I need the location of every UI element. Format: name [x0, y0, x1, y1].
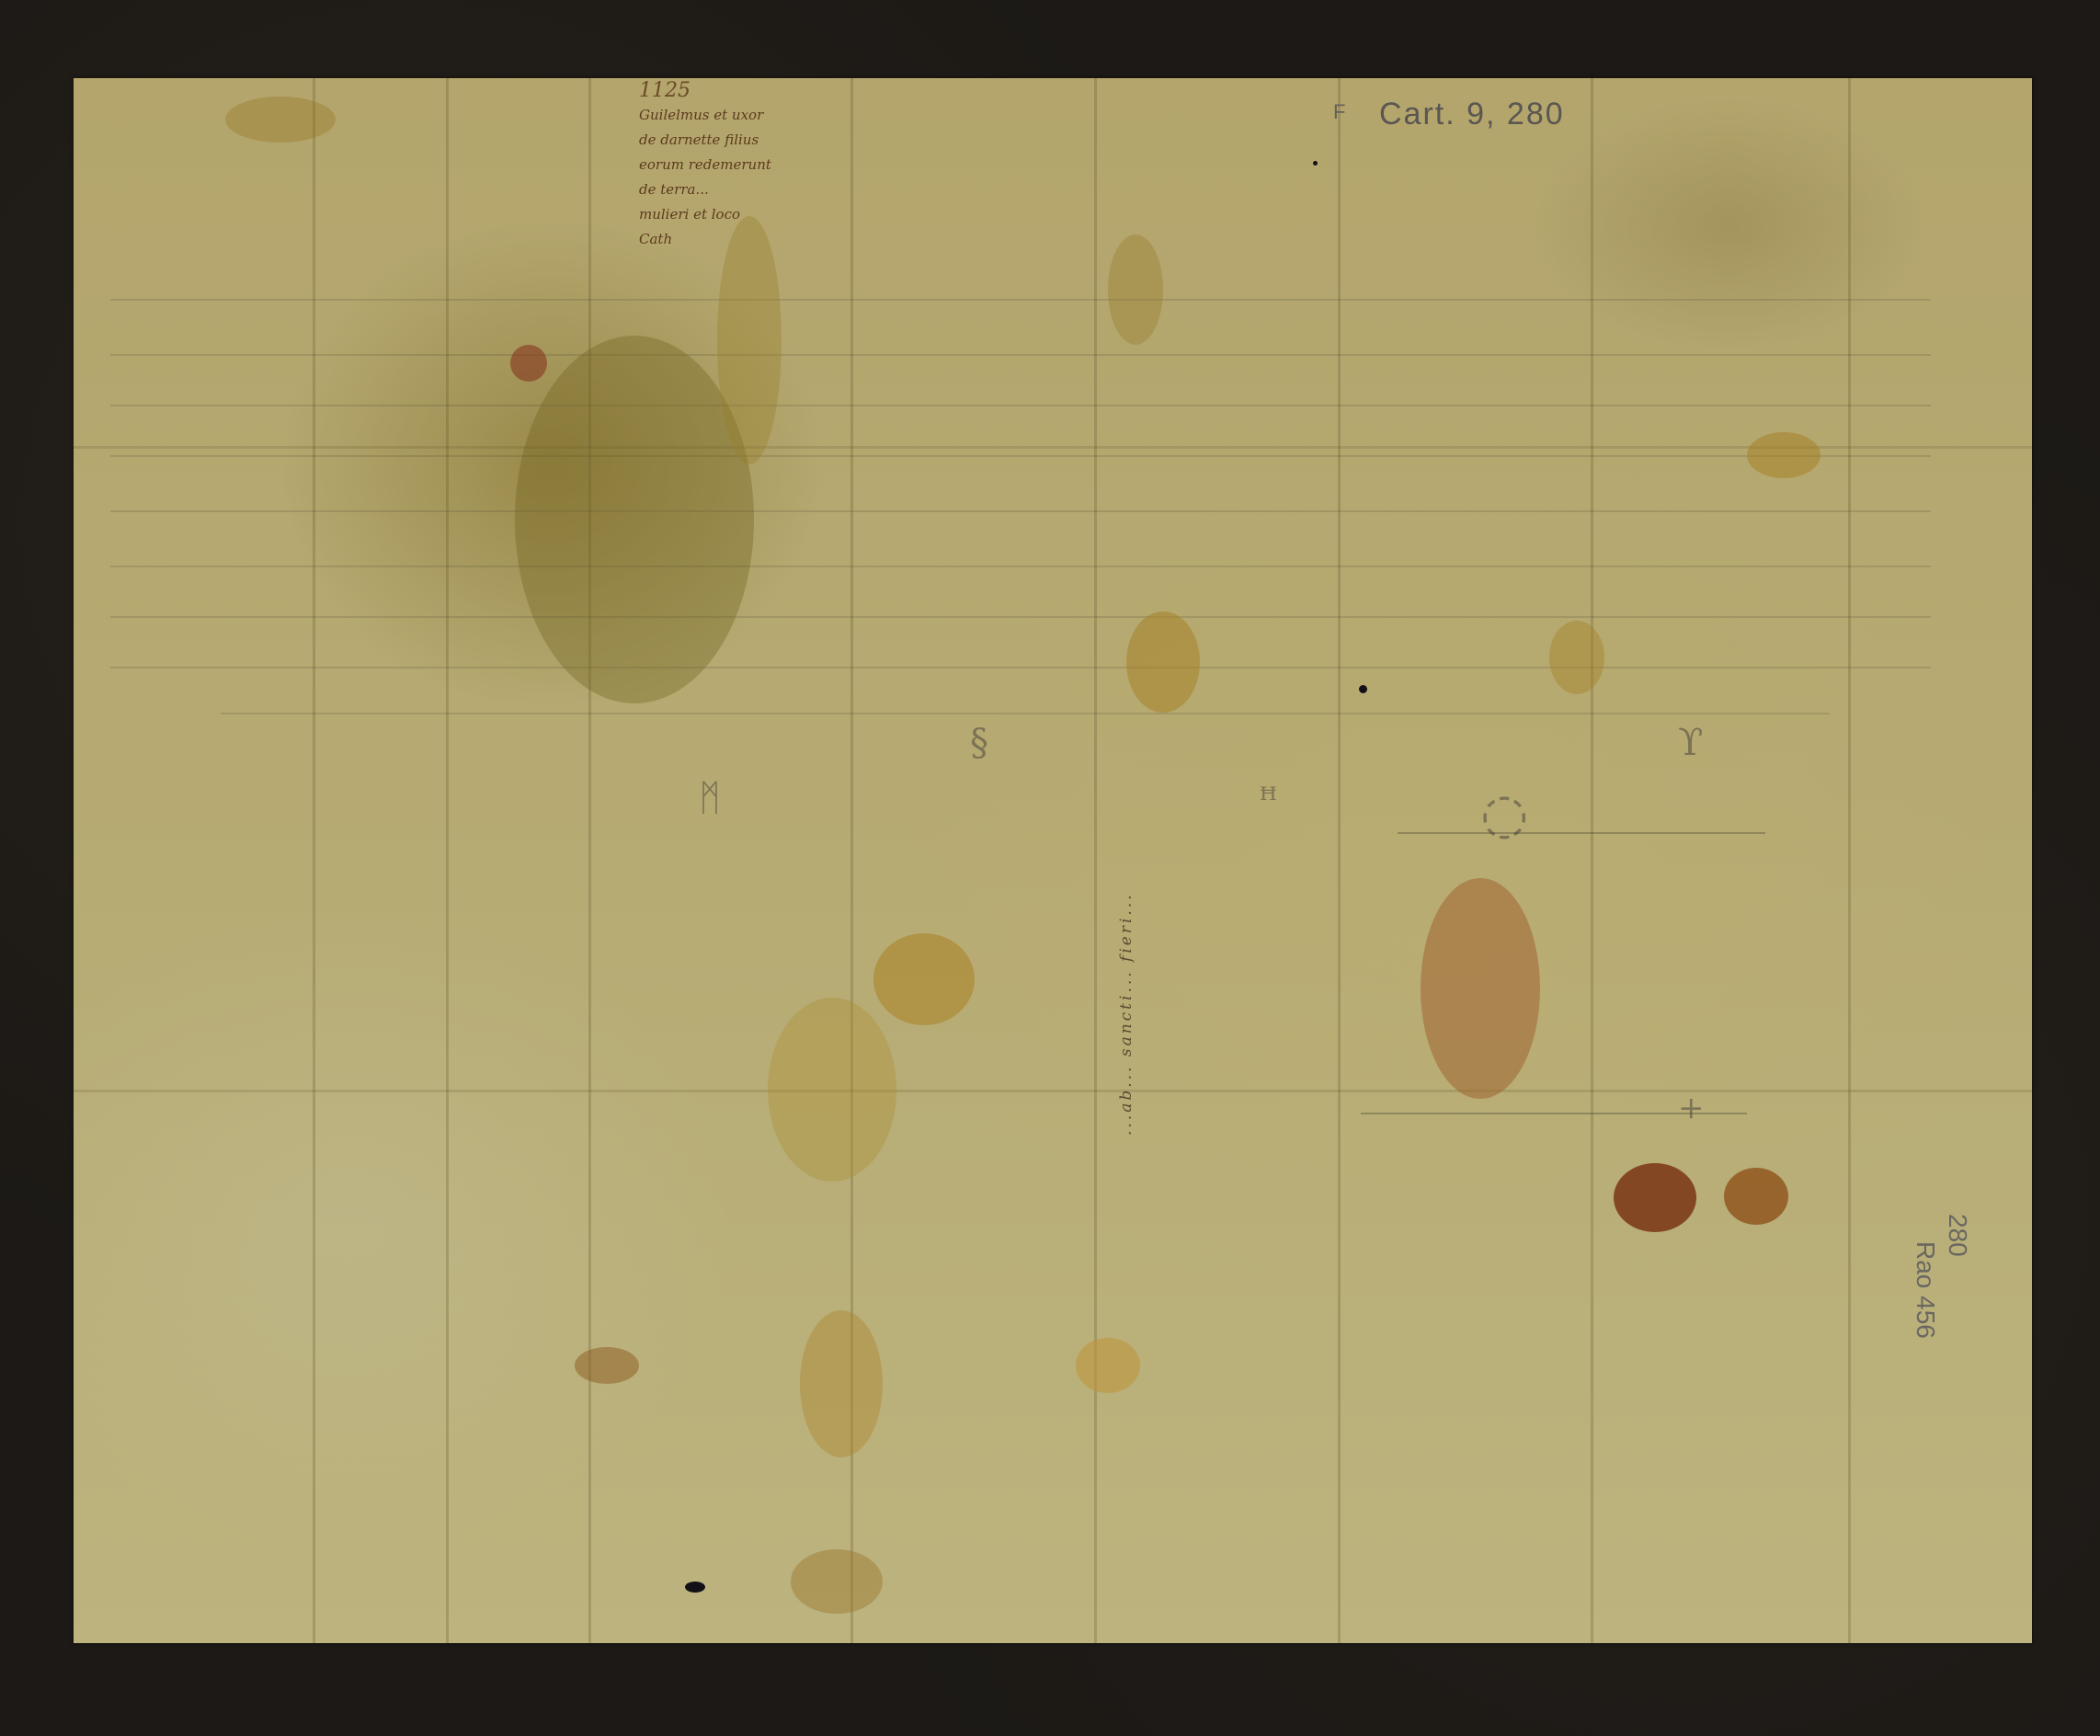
pinhole — [1359, 685, 1367, 693]
stain — [717, 216, 782, 464]
bleed-through-text — [110, 667, 1931, 668]
bleed-through-text — [110, 510, 1931, 512]
endorsement-number: 1125 — [639, 78, 805, 103]
parchment-sheet: ᛗ § ꟸ ◌ ϒ + F Cart. 9, 280 1125 Guilelmu… — [74, 78, 2032, 1643]
top-left-mark: F — [1333, 100, 1347, 124]
stain — [515, 336, 754, 703]
fold-line — [446, 78, 449, 1643]
stain — [873, 933, 975, 1025]
signum-crossbar — [1398, 832, 1765, 834]
right-edge-number: 280 — [1943, 1214, 1972, 1257]
fold-line — [588, 78, 591, 1643]
fold-line — [1338, 78, 1341, 1643]
fold-line — [74, 1090, 2032, 1092]
endorsement-line: de terra... — [639, 177, 805, 202]
endorsement-line: de darnette filius — [639, 128, 805, 153]
bleed-through-text — [110, 565, 1931, 567]
bleed-through-text — [110, 405, 1931, 406]
stain — [1076, 1338, 1140, 1393]
stain — [1126, 611, 1200, 713]
bleed-through-text — [221, 713, 1830, 714]
stain — [1724, 1168, 1788, 1225]
endorsement-line: Cath — [639, 227, 805, 252]
stain — [791, 1549, 883, 1614]
medieval-endorsement: 1125 Guilelmus et uxor de darnette filiu… — [639, 78, 805, 252]
fold-line — [1094, 78, 1097, 1643]
endorsement-line: eorum redemerunt — [639, 153, 805, 177]
fold-line — [74, 446, 2032, 449]
stain — [1614, 1163, 1696, 1232]
pinhole — [1313, 161, 1318, 166]
signum-mark: ϒ — [1678, 722, 1703, 764]
bleed-through-text — [110, 354, 1931, 356]
bleed-through-text — [110, 299, 1931, 301]
endorsement-line: mulieri et loco — [639, 202, 805, 227]
stain — [1108, 234, 1163, 345]
signum-mark: ꟸ — [1260, 782, 1277, 818]
fold-line — [313, 78, 315, 1643]
stain — [800, 1310, 883, 1457]
signum-mark: + — [1678, 1090, 1705, 1126]
pinhole — [685, 1582, 705, 1593]
right-edge-catalog: Rao 456 — [1911, 1241, 1940, 1339]
bleed-through-text — [110, 616, 1931, 618]
stain — [768, 998, 896, 1182]
fold-line — [1591, 78, 1593, 1643]
bleed-through-text — [110, 455, 1931, 457]
stain — [225, 97, 336, 143]
stain — [1549, 621, 1604, 694]
fold-line — [1848, 78, 1851, 1643]
signum-mark: ◌ — [1480, 782, 1528, 846]
archival-shelfmark: Cart. 9, 280 — [1379, 97, 1565, 132]
signum-mark: § — [970, 722, 988, 764]
stain — [1747, 432, 1820, 478]
vertical-inscription: ...ab... sancti... fieri... — [1117, 892, 1136, 1136]
stain — [510, 345, 547, 382]
endorsement-line: Guilelmus et uxor — [639, 103, 805, 128]
stain — [1421, 878, 1540, 1099]
stain — [575, 1347, 639, 1384]
signum-mark: ᛗ — [699, 777, 721, 819]
